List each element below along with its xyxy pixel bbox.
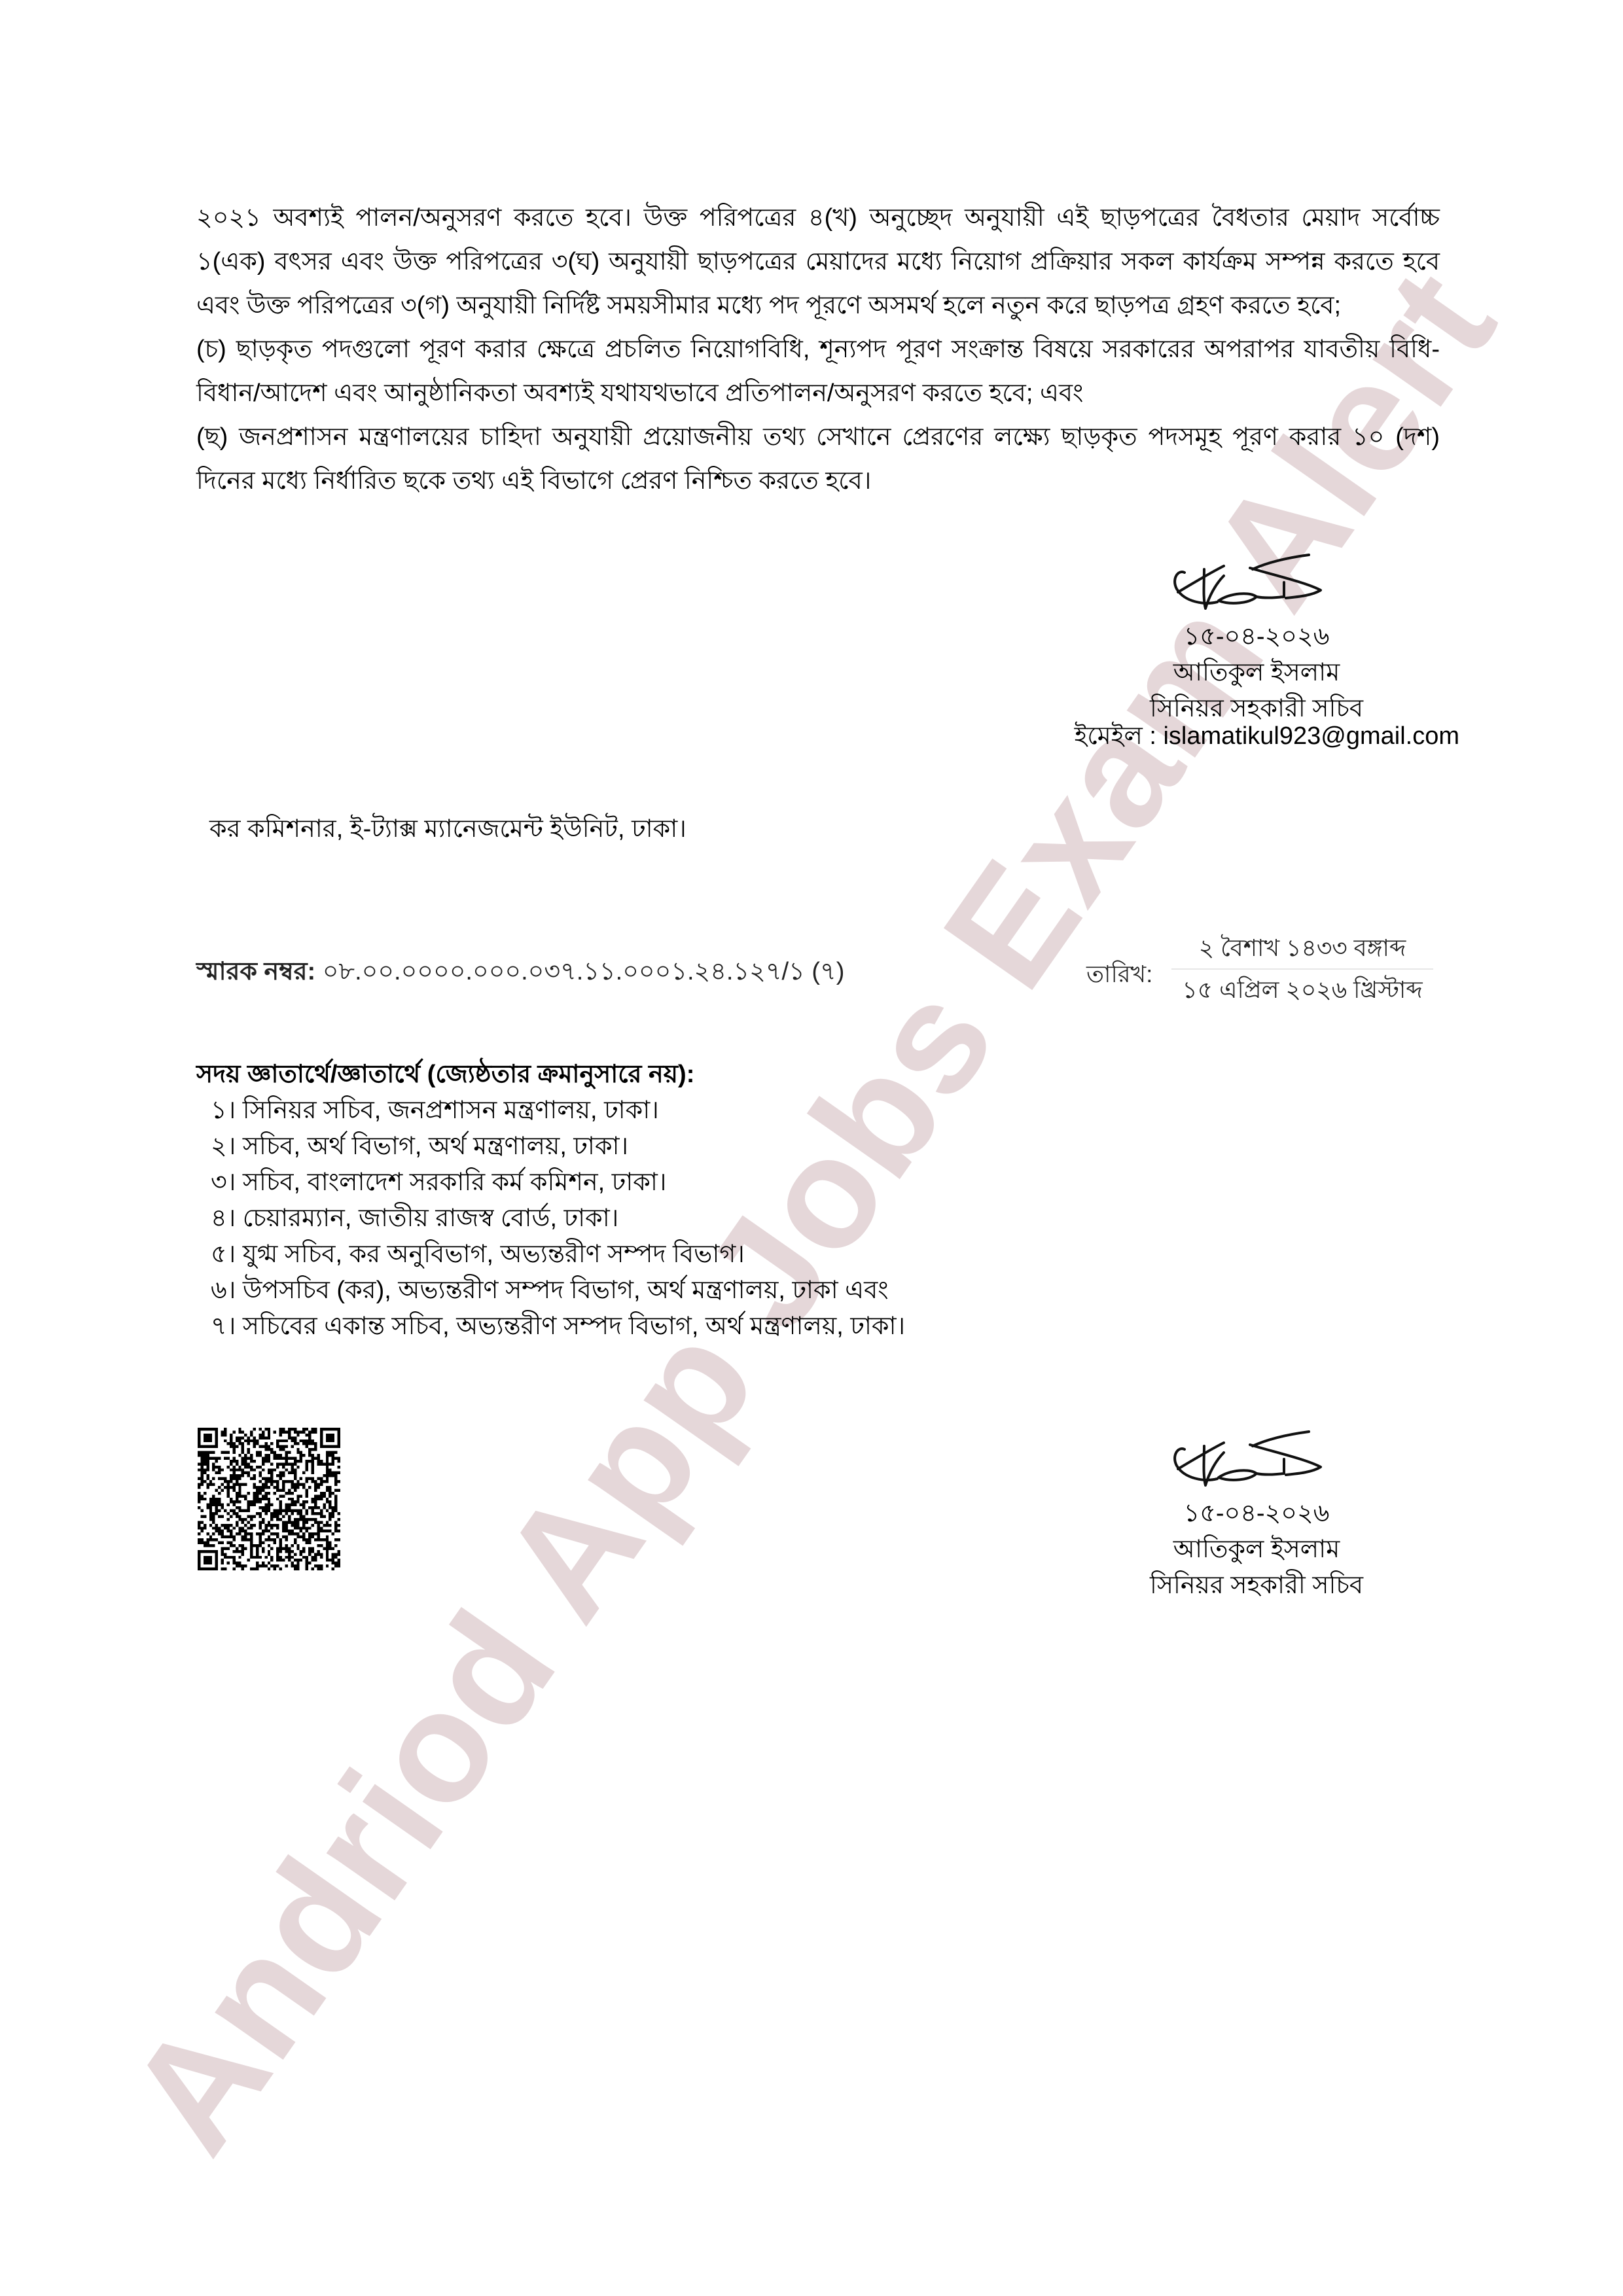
email-address[interactable]: islamatikul923@gmail.com — [1163, 722, 1459, 750]
cc-item: ২। সচিব, অর্থ বিভাগ, অর্থ মন্ত্রণালয়, ঢ… — [211, 1129, 905, 1165]
addressee: কর কমিশনার, ই-ট্যাক্স ম্যানেজমেন্ট ইউনিট… — [209, 811, 687, 847]
date-divider — [1171, 968, 1433, 970]
cc-item: ৪। চেয়ারম্যান, জাতীয় রাজস্ব বোর্ড, ঢাক… — [211, 1201, 905, 1237]
cc-item: ৩। সচিব, বাংলাদেশ সরকারি কর্ম কমিশন, ঢাক… — [211, 1165, 905, 1201]
memo-value: ০৮.০০.০০০০.০০০.০৩৭.১১.০০০১.২৪.১২৭/১ (৭) — [323, 958, 845, 985]
body-text: ২০২১ অবশ্যই পালন/অনুসরণ করতে হবে। উক্ত প… — [196, 196, 1440, 503]
signatory-2-date: ১৫-০৪-২০২৬ — [1027, 1496, 1486, 1532]
date-block: তারিখ: ২ বৈশাখ ১৪৩৩ বঙ্গাব্দ ১৫ এপ্রিল ২… — [1086, 929, 1440, 1014]
signatory-1-name: আতিকুল ইসলাম — [1027, 655, 1486, 691]
cc-block: সদয় জ্ঞাতার্থে/জ্ঞাতার্থে (জ্যেষ্ঠতার ক… — [196, 1057, 905, 1345]
date-label: তারিখ: — [1086, 957, 1152, 996]
date-bangla: ২ বৈশাখ ১৪৩৩ বঙ্গাব্দ — [1171, 929, 1433, 967]
email-label: ইমেইল : — [1075, 722, 1156, 750]
cc-item: ৫। যুগ্ম সচিব, কর অনুবিভাগ, অভ্যন্তরীণ স… — [211, 1237, 905, 1273]
paragraph-validity: ২০২১ অবশ্যই পালন/অনুসরণ করতে হবে। উক্ত প… — [196, 196, 1440, 328]
memo-label: স্মারক নম্বর: — [196, 958, 315, 985]
memo-number: স্মারক নম্বর: ০৮.০০.০০০০.০০০.০৩৭.১১.০০০১… — [196, 954, 844, 990]
paragraph-chha: (ছ) জনপ্রশাসন মন্ত্রণালয়ের চাহিদা অনুযা… — [196, 415, 1440, 503]
signatory-2-name: আতিকুল ইসলাম — [1027, 1532, 1486, 1568]
signatory-2-designation: সিনিয়র সহকারী সচিব — [1027, 1568, 1486, 1604]
cc-list: ১। সিনিয়র সচিব, জনপ্রশাসন মন্ত্রণালয়, … — [196, 1093, 905, 1345]
cc-item: ১। সিনিয়র সচিব, জনপ্রশাসন মন্ত্রণালয়, … — [211, 1093, 905, 1129]
signatory-1-email-line: ইমেইল : islamatikul923@gmail.com — [936, 718, 1459, 754]
document-page: Andriod App Jobs Exam Alert ২০২১ অবশ্যই … — [0, 0, 1623, 2296]
signatory-1-date: ১৫-০৪-২০২৬ — [1027, 619, 1486, 655]
qr-code-icon — [198, 1428, 340, 1570]
date-values: ২ বৈশাখ ১৪৩৩ বঙ্গাব্দ ১৫ এপ্রিল ২০২৬ খ্র… — [1171, 929, 1433, 1009]
signature-block-1: ১৫-০৪-২০২৬ আতিকুল ইসলাম সিনিয়র সহকারী স… — [1027, 543, 1486, 727]
cc-title: সদয় জ্ঞাতার্থে/জ্ঞাতার্থে (জ্যেষ্ঠতার ক… — [196, 1057, 905, 1093]
cc-item: ৬। উপসচিব (কর), অভ্যন্তরীণ সম্পদ বিভাগ, … — [211, 1273, 905, 1309]
signature-icon — [1165, 1420, 1348, 1492]
date-gregorian: ১৫ এপ্রিল ২০২৬ খ্রিস্টাব্দ — [1171, 971, 1433, 1009]
paragraph-cha: (চ) ছাড়কৃত পদগুলো পূরণ করার ক্ষেত্রে প্… — [196, 328, 1440, 415]
signature-icon — [1165, 543, 1348, 615]
cc-item: ৭। সচিবের একান্ত সচিব, অভ্যন্তরীণ সম্পদ … — [211, 1309, 905, 1345]
signature-block-2: ১৫-০৪-২০২৬ আতিকুল ইসলাম সিনিয়র সহকারী স… — [1027, 1420, 1486, 1604]
